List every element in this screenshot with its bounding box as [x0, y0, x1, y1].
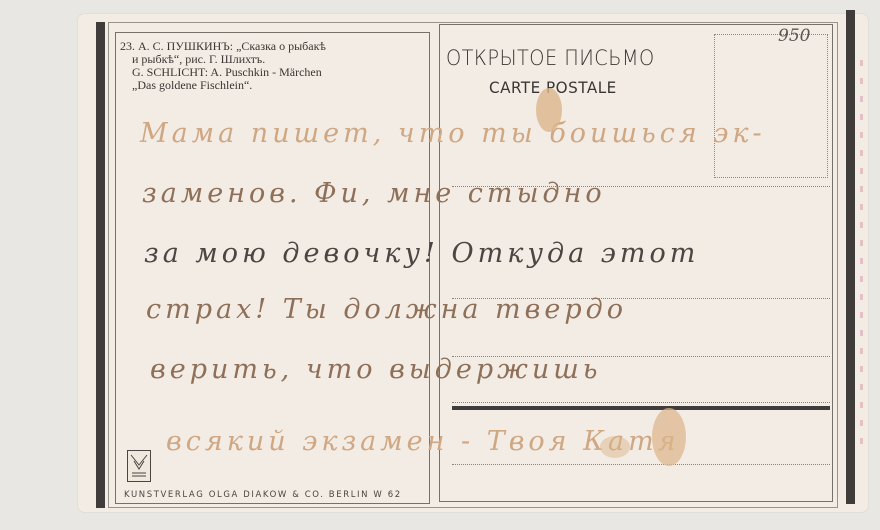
paper-stain — [536, 88, 562, 132]
caption-line-4: „Das goldene Fischlein“. — [120, 79, 425, 92]
image-caption: 23. А. С. ПУШКИНЪ: „Сказка о рыбакѣ и ры… — [120, 40, 425, 92]
right-black-stripe — [846, 10, 855, 504]
paper-stain — [600, 436, 630, 458]
handwriting-line-5: верить, что выдержишь — [150, 354, 602, 385]
publisher-logo-icon — [127, 450, 151, 482]
address-line-4 — [452, 402, 830, 403]
left-black-stripe — [96, 22, 105, 508]
paper-stain — [652, 408, 686, 466]
handwriting-line-3: за мою девочку! Откуда этот — [144, 238, 699, 269]
handwriting-line-4: страх! Ты должна твердо — [146, 294, 627, 325]
postcard-title-russian: ОТКРЫТОЕ ПИСЬМО — [446, 46, 655, 70]
handwriting-line-1: Мама пишет, что ты боишься эк- — [140, 118, 766, 149]
stamp-placeholder-box — [714, 34, 828, 178]
address-heavy-rule — [452, 406, 830, 410]
pencil-inventory-number: 950 — [778, 26, 810, 46]
publisher-imprint: KUNSTVERLAG OLGA DIAKOW & CO. BERLIN W 6… — [124, 490, 402, 500]
handwriting-line-2: заменов. Фи, мне стыдно — [142, 178, 606, 209]
address-line-5 — [452, 464, 830, 465]
pink-edge-mark — [860, 60, 863, 450]
